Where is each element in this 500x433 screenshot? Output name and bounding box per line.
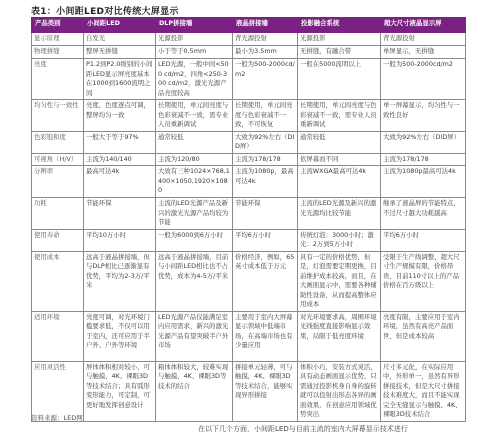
table-row: 适用环境 亮度可调，对光环境门槛要求低，不仅可以用于室内，还可应用于半户外、户外…: [32, 311, 466, 361]
table-cell: 价格经济，例如，65英寸成本低于万元: [233, 251, 298, 311]
table-cell: 大致为92%左右（DID屏）: [381, 131, 466, 153]
table-cell: 亮度，色度逐点可调，整屏均匀一致: [84, 100, 156, 132]
row-label: 物理拼缝: [32, 46, 84, 59]
header-projection-fusion: 投影融合系统: [298, 18, 381, 33]
table-cell: 单屏显示，无拼缝: [381, 46, 466, 59]
table-cell: 长期使用，单元间亮度与色彩衰减不一致，需专业人员重新调试: [156, 100, 233, 132]
table-cell: 具有一定的价格优势，但是，灯泡需要定期更换，目前维护成本较高，而且，在大画面显示…: [298, 251, 381, 311]
header-row: 产品类别 小间距LED DLP拼接墙 液晶拼接墙 投影融合系统 超大尺寸液晶显示…: [32, 18, 466, 33]
table-title: 表1：小间距LED对比传统大屏显示: [31, 4, 179, 17]
table-cell: 大致为92%左右（DID屏）: [233, 131, 298, 153]
table-cell: P1.2到P2.0级别的小间距LED显示屏亮度基本在1000到1600流明之间: [84, 59, 156, 100]
table-cell: 一般在5000流明以上: [298, 59, 381, 100]
table-cell: 主流的LED光源及新兴的激光光源均比较节能: [298, 198, 381, 230]
header-lcd-wall: 液晶拼接墙: [233, 18, 298, 33]
table-row: 均匀性与一致性 亮度，色度逐点可调，整屏均匀一致 长期使用，单元间亮度与色彩衰减…: [32, 100, 466, 132]
table-cell: 尺寸多元化，在实际应用中，外形单一，虽然有异形拼接技术，但是大尺寸拼接技术难度大…: [381, 361, 466, 421]
table-cell: 远高于液晶拼接墙，目前与小间距LED相比也不占优势，成本为4-5万/平米: [156, 251, 233, 311]
table-cell: 大致有三种1024×768,1400×1050,1920×1080: [156, 166, 233, 198]
table-cell: 传统灯泡：3000小时；激光：2万到5万小时: [298, 229, 381, 251]
table-cell: 背光源投射: [233, 33, 298, 46]
table-cell: 光源投影: [156, 33, 233, 46]
row-label: 显示原理: [32, 33, 84, 46]
row-label: 使用寿命: [32, 229, 84, 251]
table-cell: 一般为500-2000cd/m2: [233, 59, 298, 100]
row-label: 分辨率: [32, 166, 84, 198]
comparison-table: 产品类别 小间距LED DLP拼接墙 液晶拼接墙 投影融合系统 超大尺寸液晶显示…: [31, 17, 466, 422]
table-cell: 箱体体积较大，较难实现与触摸、4K、裸眼3D等技术的结合: [156, 361, 233, 421]
table-cell: LED光源，一般中间<500 cd/m2，四角<250-300 cd/m2，激光…: [156, 59, 233, 100]
row-label: 色彩饱和度: [32, 131, 84, 153]
table-cell: 体积小巧，安装方式灵活，具有动态画面显示优势，只需通过投影机身自身的旋转就可以投…: [298, 361, 381, 421]
table-cell: 继承了液晶屏的节能特点，不过尺寸越大功耗越高: [381, 198, 466, 230]
table-cell: 依屏幕而不同: [298, 153, 381, 166]
table-cell: 长期使用，单元间亮度与色彩衰减不一致，需专业人员重新调试: [298, 100, 381, 132]
row-label: 应用灵活性: [32, 361, 84, 421]
row-label: 均匀性与一致性: [32, 100, 84, 132]
table-cell: 主流WXGA最高可达4k: [298, 166, 381, 198]
row-label: 功耗: [32, 198, 84, 230]
table-cell: 主流的LED光源产品及新兴的激光光源产品均较为节能: [156, 198, 233, 230]
table-cell: 主要用于室内大屏幕显示领域中低端市场，在高端市场也有少量应用: [233, 311, 298, 361]
table-row: 分辨率 最高可达4k 大致有三种1024×768,1400×1050,1920×…: [32, 166, 466, 198]
table-cell: 平均6万小时: [381, 229, 466, 251]
table-cell: 背光源投射: [381, 33, 466, 46]
table-cell: 通常较低: [156, 131, 233, 153]
table-row: 使用寿命 平均10万小时 一般为6000到6万小时 平均6万小时 传统灯泡：30…: [32, 229, 466, 251]
table-cell: 单一屏幕显示，均匀性与一致性良好: [381, 100, 466, 132]
table-cell: 通常较低: [298, 131, 381, 153]
table-cell: 最小为3.5mm: [233, 46, 298, 59]
table-cell: 整屏无拼缝: [84, 46, 156, 59]
table-row: 显示原理 自发光 光源投影 背光源投射 光源投影 背光源投射: [32, 33, 466, 46]
table-row: 亮度 P1.2到P2.0级别的小间距LED显示屏亮度基本在1000到1600流明…: [32, 59, 466, 100]
table-cell: 最高可达4k: [84, 166, 156, 198]
table-cell: 对光环境要求高，周围环境光线强度直接影响显示效果，局限于低亮度环境: [298, 311, 381, 361]
row-label: 使用成本: [32, 251, 84, 311]
table-cell: 一般为6000到6万小时: [156, 229, 233, 251]
table-cell: 拼接单元轻薄，可与触摸，4K、裸眼3D等技术结合，能够实现异形拼接: [233, 361, 298, 421]
table-cell: LED光源产品仅能满足室内应用需求，新兴的激光光源产品有望突破半户外市场: [156, 311, 233, 361]
table-cell: 一般为500-2000cd/m2: [381, 59, 466, 100]
table-cell: 长期使用，单元间亮度与色彩衰减不一致，不可恢复: [233, 100, 298, 132]
table-row: 功耗 节能环保 主流的LED光源产品及新兴的激光光源产品均较为节能 节能环保 主…: [32, 198, 466, 230]
table-cell: 平均10万小时: [84, 229, 156, 251]
table-row: 可视角（H/V） 主流为140/140 主流为120/80 主流为178/178…: [32, 153, 466, 166]
body-text-partial: 在以下几个方面，小间距LED与目前主流的室内大屏幕显示技术进行: [198, 424, 408, 433]
table-cell: 主流为1080p，最高可达4k: [233, 166, 298, 198]
table-row: 使用成本 远高于液晶拼接墙，但与DLP相比已逐渐显有优势，平均为2-3万/平米 …: [32, 251, 466, 311]
table-cell: 自发光: [84, 33, 156, 46]
table-cell: 节能环保: [84, 198, 156, 230]
table-cell: 节能环保: [233, 198, 298, 230]
header-large-lcd: 超大尺寸液晶显示屏: [381, 18, 466, 33]
header-category: 产品类别: [32, 18, 84, 33]
table-row: 色彩饱和度 一般大于等于97% 通常较低 大致为92%左右（DID屏） 通常较低…: [32, 131, 466, 153]
table-cell: 亮度可调，对光环境门槛要求低，不仅可以用于室内，还可应用于半户外、户外等环境: [84, 311, 156, 361]
table-cell: 无拼缝，有融合带: [298, 46, 381, 59]
table-cell: 主流为178/178: [381, 153, 466, 166]
source-note: 资料来源：LED网: [31, 413, 83, 422]
table-cell: 光源投影: [298, 33, 381, 46]
table-cell: 小于等于0.5mm: [156, 46, 233, 59]
row-label: 可视角（H/V）: [32, 153, 84, 166]
header-dlp-wall: DLP拼接墙: [156, 18, 233, 33]
table-cell: 主流为120/80: [156, 153, 233, 166]
table-cell: 平均6万小时: [233, 229, 298, 251]
table-cell: 一般大于等于97%: [84, 131, 156, 153]
table-cell: 亮度有限，主要应用于室内环境，虽然有高亮产品面世，但是成本较高: [381, 311, 466, 361]
table-cell: 受限于生产线调整，超大尺寸生产规模有限，价格昂贵，目前110寸以上的产品价格在百…: [381, 251, 466, 311]
table-cell: 主流为1080p最高可达4k: [381, 166, 466, 198]
table-cell: 主流为178/178: [233, 153, 298, 166]
table-row: 应用灵活性 屏体体积相对较小，可与触摸、4K、裸眼3D等技术结合；具有弧形变形能…: [32, 361, 466, 421]
table-cell: 远高于液晶拼接墙，但与DLP相比已逐渐显有优势，平均为2-3万/平米: [84, 251, 156, 311]
header-small-pitch-led: 小间距LED: [84, 18, 156, 33]
table-row: 物理拼缝 整屏无拼缝 小于等于0.5mm 最小为3.5mm 无拼缝，有融合带 单…: [32, 46, 466, 59]
table-cell: 主流为140/140: [84, 153, 156, 166]
row-label: 亮度: [32, 59, 84, 100]
table-cell: 屏体体积相对较小，可与触摸、4K、裸眼3D等技术结合；具有弧形变形能力，可定制，…: [84, 361, 156, 421]
row-label: 适用环境: [32, 311, 84, 361]
